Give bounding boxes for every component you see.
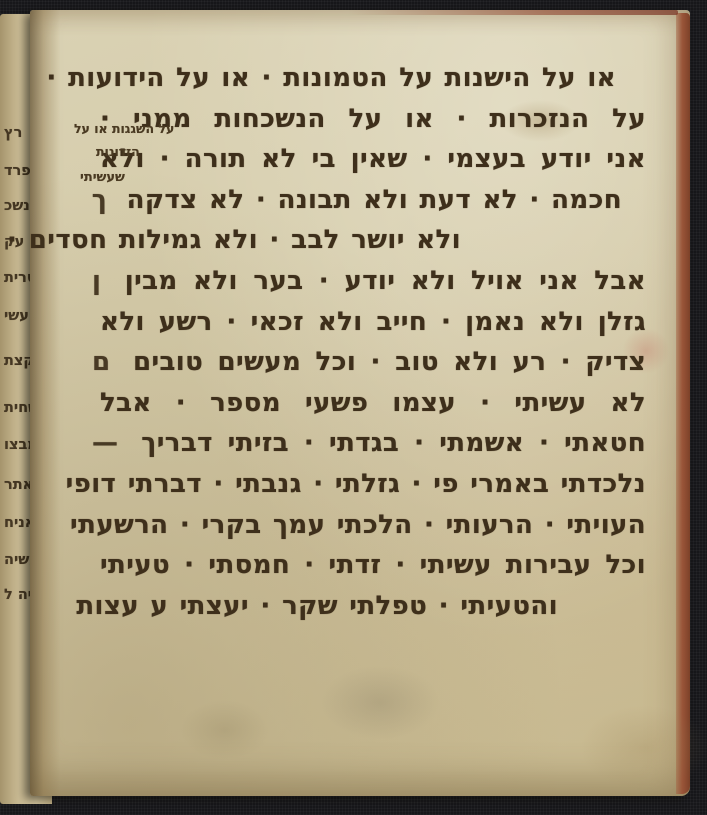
text-block: או על הישנות על הטמונות · או על הידועות … <box>92 58 646 626</box>
text-line: והטעיתי · טפלתי שקר · יעצתי ע עצות <box>92 586 646 627</box>
edge-fragment-text: נשכ <box>4 198 30 214</box>
edge-fragment-text: עשי <box>4 308 29 324</box>
line-filler: — <box>92 428 118 458</box>
edge-fragment-text: אתר <box>4 477 33 493</box>
line-text: וכל עבירות עשיתי · זדתי · חמסתי · טעיתי <box>100 550 646 580</box>
photo-background: רץ פרד נשכ עק סרית עשי קצת שחית מבצו אתר… <box>0 0 707 815</box>
text-line: גזלן ולא נאמן · חייב ולא זכאי · רשע ולא <box>92 302 646 343</box>
text-line: חטאתי · אשמתי · בגדתי · בזיתי דבריך — <box>92 423 646 464</box>
line-filler: ך <box>92 185 107 215</box>
line-text: גזלן ולא נאמן · חייב ולא זכאי · רשע ולא <box>100 307 646 337</box>
manuscript-page: או על הישנות על הטמונות · או על הידועות … <box>30 10 690 796</box>
marginal-gloss: הזדונות <box>96 144 140 159</box>
text-line: ולא יושר לבב · ולא גמילות חסדים · <box>92 220 646 261</box>
text-line: על הנזכרות · או על הנשכחות ממני · <box>92 99 646 140</box>
line-text: אני יודע בעצמי · שאין בי לא תורה · ולא <box>100 144 646 174</box>
line-filler: ם <box>92 347 111 377</box>
text-line: נלכדתי באמרי פי · גזלתי · גנבתי · דברתי … <box>92 464 646 505</box>
line-text: והטעיתי · טפלתי שקר · יעצתי ע עצות <box>76 591 558 621</box>
line-text: צדיק · רע ולא טוב · וכל מעשים טובים <box>133 347 646 377</box>
text-line: וכל עבירות עשיתי · זדתי · חמסתי · טעיתי <box>92 545 646 586</box>
text-line: לא עשיתי · עצמו פשעי מספר · אבל <box>92 383 646 424</box>
text-line: או על הישנות על הטמונות · או על הידועות … <box>92 58 646 99</box>
parchment-stain <box>320 665 440 740</box>
text-line: חכמה · לא דעת ולא תבונה · לא צדקה ך <box>92 180 646 221</box>
edge-fragment-text: פרד <box>4 163 31 179</box>
line-text: חכמה · לא דעת ולא תבונה · לא צדקה <box>127 185 622 215</box>
line-filler: ן <box>92 266 101 296</box>
marginal-gloss: על השגגות או על <box>74 121 174 136</box>
page-top-edge-red <box>348 10 678 15</box>
line-text: ולא יושר לבב · ולא גמילות חסדים · <box>7 225 461 255</box>
text-line: העויתי · הרעותי · הלכתי עמך בקרי · הרשעת… <box>92 505 646 546</box>
parchment-stain <box>180 700 270 760</box>
parchment-stain <box>580 705 707 790</box>
edge-fragment-text: רץ <box>4 125 22 141</box>
page-fore-edge-red <box>676 13 690 794</box>
line-text: או על הישנות על הטמונות · או על הידועות … <box>46 63 616 93</box>
text-line: צדיק · רע ולא טוב · וכל מעשים טובים ם <box>92 342 646 383</box>
text-line: אני יודע בעצמי · שאין בי לא תורה · ולא <box>92 139 646 180</box>
line-text: חטאתי · אשמתי · בגדתי · בזיתי דבריך <box>141 428 646 458</box>
line-text: לא עשיתי · עצמו פשעי מספר · אבל <box>100 388 646 418</box>
line-text: נלכדתי באמרי פי · גזלתי · גנבתי · דברתי … <box>66 469 646 499</box>
line-text: על הנזכרות · או על הנשכחות ממני · <box>100 104 646 134</box>
text-line: אבל אני אויל ולא יודע · בער ולא מבין ן <box>92 261 646 302</box>
line-text: העויתי · הרעותי · הלכתי עמך בקרי · הרשעת… <box>70 510 646 540</box>
marginal-gloss: שעשיתי <box>80 170 125 185</box>
line-text: אבל אני אויל ולא יודע · בער ולא מבין <box>125 266 646 296</box>
